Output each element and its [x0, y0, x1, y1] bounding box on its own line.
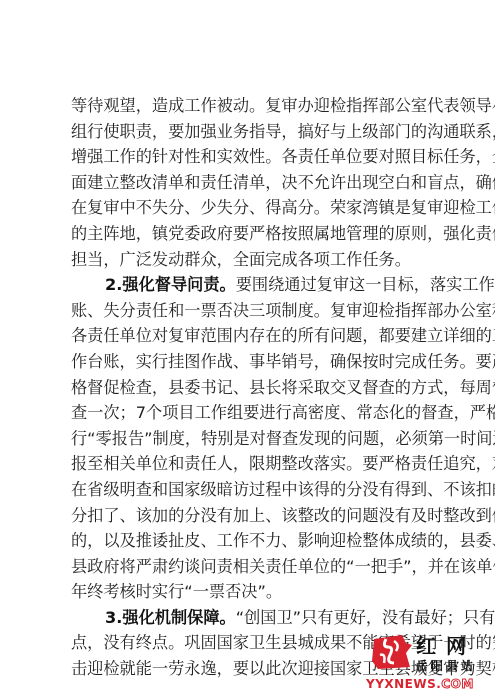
logo-station-text: 岳阳县站	[416, 657, 476, 674]
text-line: 年终考核时实行“一票否决”。	[71, 579, 433, 605]
text-line: 各责任单位对复审范围内存在的所有问题，都要建立详细的工	[71, 323, 433, 349]
text-line: 要围绕通过复审这一目标，落实工作台	[236, 275, 495, 294]
logo-url-main: YYXNEWS.	[366, 677, 441, 691]
text-line: 增强工作的针对性和实效性。各责任单位要对照目标任务，全	[71, 144, 433, 170]
section-heading-line: 3.强化机制保障。“创国卫”只有更好，没有最好；只有起	[71, 605, 433, 631]
section-heading-line: 2.强化督导问责。要围绕通过复审这一目标，落实工作台	[71, 272, 433, 298]
text-line: 格督促检查，县委书记、县长将采取交叉督查的方式，每周督	[71, 375, 433, 401]
text-line: 分扣了、该加的分没有加上、该整改的问题没有及时整改到位	[71, 503, 433, 529]
text-line: 担当，广泛发动群众，全面完成各项工作任务。	[71, 247, 433, 273]
watermark-logo: 红网 岳阳县站 YYXNEWS.COM	[366, 630, 486, 694]
text-line: 面建立整改清单和责任清单，决不允许出现空白和盲点，确保	[71, 170, 433, 196]
article-body: 等待观望，造成工作被动。复审办迎检指挥部公室代表领导小 组行使职责，要加强业务指…	[71, 93, 433, 682]
section-heading: 2.强化督导问责。	[105, 275, 236, 294]
text-line: 在省级明查和国家级暗访过程中该得的分没有得到、不该扣的	[71, 477, 433, 503]
rednet-logo-icon	[372, 633, 412, 671]
text-line: 在复审中不失分、少失分、得高分。荣家湾镇是复审迎检工作	[71, 195, 433, 221]
text-line: 县政府将严肃约谈问责相关责任单位的“一把手”，并在该单位	[71, 554, 433, 580]
logo-url-tld: COM	[441, 677, 473, 691]
text-line: 的，以及推诿扯皮、工作不力、影响迎检整体成绩的，县委、	[71, 528, 433, 554]
text-line: 账、失分责任和一票否决三项制度。复审迎检指挥部办公室和	[71, 298, 433, 324]
text-line: 查一次；7个项目工作组要进行高密度、常态化的督查，严格执	[71, 400, 433, 426]
text-line: 组行使职责，要加强业务指导，搞好与上级部门的沟通联系，	[71, 119, 433, 145]
logo-url: YYXNEWS.COM	[366, 677, 474, 691]
section-heading: 3.强化机制保障。	[105, 608, 236, 627]
text-line: 作台账，实行挂图作战、事毕销号，确保按时完成任务。要严	[71, 349, 433, 375]
text-line: 等待观望，造成工作被动。复审办迎检指挥部公室代表领导小	[71, 93, 433, 119]
text-line: 行“零报告”制度，特别是对督查发现的问题，必须第一时间通	[71, 426, 433, 452]
text-line: 报至相关单位和责任人，限期整改落实。要严格责任追究，对	[71, 451, 433, 477]
text-line: “创国卫”只有更好，没有最好；只有起	[236, 608, 495, 627]
text-line: 的主阵地，镇党委政府要严格按照属地管理的原则，强化责任	[71, 221, 433, 247]
logo-brand-text: 红网	[416, 630, 476, 659]
